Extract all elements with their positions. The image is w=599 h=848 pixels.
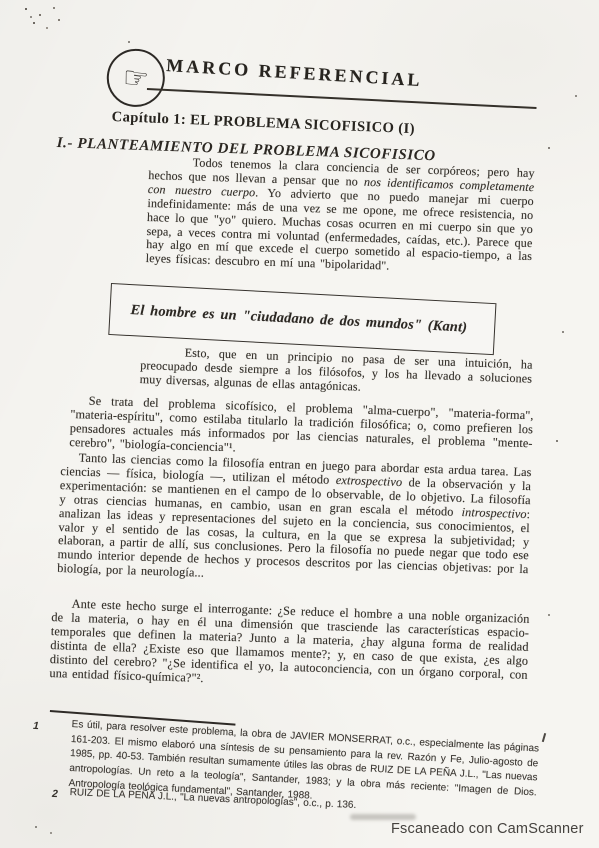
scan-noise-specks xyxy=(0,0,2,2)
header-rule xyxy=(147,88,537,109)
scanned-page: ☞ MARCO REFERENCIAL Capítulo 1: EL PROBL… xyxy=(0,0,599,848)
kant-quote-text: El hombre es un "ciudadano de dos mundos… xyxy=(130,302,467,337)
paragraph-sciences-philosophy: Tanto las ciencias como la filosofía ent… xyxy=(57,451,532,591)
paragraph-run: Se trata del problema sicofísico, el pro… xyxy=(69,394,534,455)
footnote-marker: 1 xyxy=(33,720,39,732)
pointing-hand-icon: ☞ xyxy=(121,62,150,94)
paragraph-run: . Yo advierto que no puedo manejar mi cu… xyxy=(146,185,534,273)
scan-artifact-mark xyxy=(542,733,546,742)
page-title: MARCO REFERENCIAL xyxy=(166,55,423,91)
camscanner-watermark: Fscaneado con CamScanner xyxy=(391,821,584,837)
logo-badge: ☞ xyxy=(104,46,168,110)
kant-quote-box: El hombre es un "ciudadano de dos mundos… xyxy=(108,283,496,355)
paragraph-run: Ante este hecho surge el interrogante: ¿… xyxy=(49,597,530,685)
paragraph-body-awareness: Todos tenemos la clara conciencia de ser… xyxy=(146,155,535,278)
chapter-title: Capítulo 1: EL PROBLEMA SICOFISICO (I) xyxy=(111,109,415,138)
paragraph-interrogante: Ante este hecho surge el interrogante: ¿… xyxy=(49,597,530,696)
footnote-marker: 2 xyxy=(52,788,58,800)
